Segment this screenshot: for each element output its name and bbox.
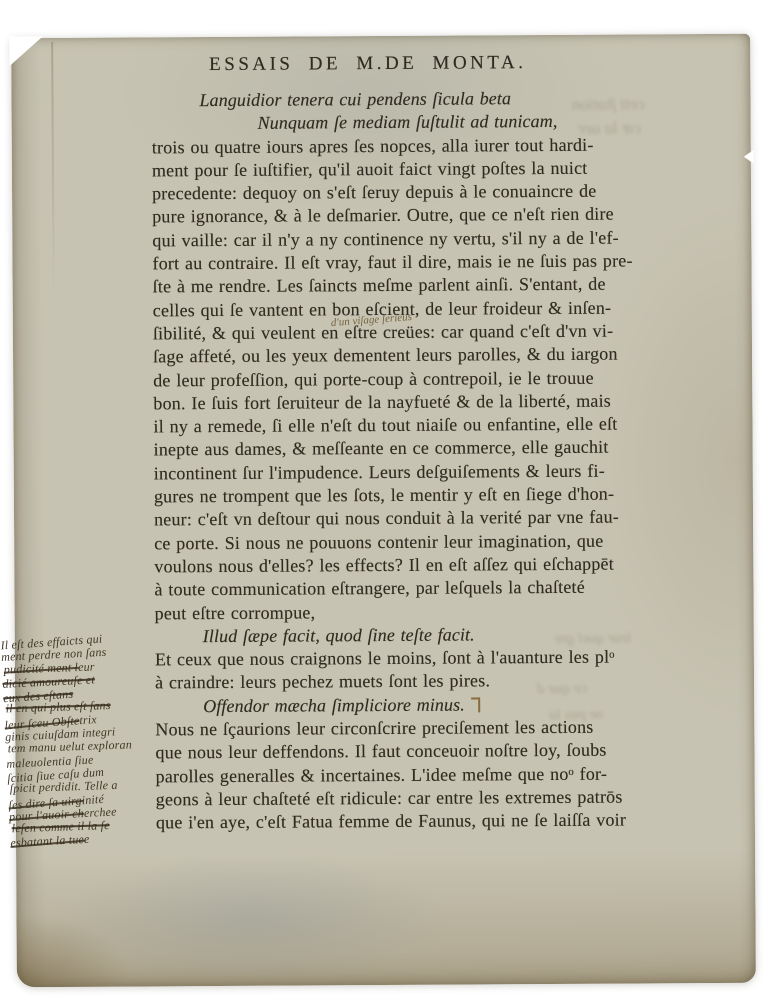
text-line: ſibilité, & qui veulent en eſtre creües:… [153, 319, 719, 346]
page-edge-notch [744, 150, 754, 164]
text-line: fort au contraire. Il eſt vray, faut il … [152, 249, 718, 276]
text-line: de leur profeſſion, qui porte-coup à con… [153, 366, 719, 393]
bleedthrough-fragment: cœ la uer [578, 118, 642, 139]
bleedthrough-fragment: cett ſtation [571, 94, 644, 115]
latin-quote: Offendor mæcha ſimpliciore minus. [203, 692, 721, 718]
text-line: ſage affeté, ou les yeux dementent leurs… [153, 342, 719, 369]
text-line: que i'en aye, c'eſt Fatua femme de Faunu… [156, 808, 722, 835]
text-line: il ny a remede, ſi elle n'eſt du tout ni… [153, 412, 719, 439]
text-line: neur: c'eſt vn deſtour qui nous conduit … [154, 505, 720, 532]
text-line: geons à leur chaſteté eſt ridicule: car … [156, 785, 722, 812]
text-line: parolles generalles & incertaines. L'ide… [156, 762, 722, 789]
latin-quote-text: Offendor mæcha ſimpliciore minus. [203, 694, 465, 716]
bleedthrough-fragment: ce que d [537, 681, 587, 699]
book-page: ESSAIS DE M.DE MONTA. Languidior tenera … [11, 34, 756, 987]
page-crease [51, 42, 55, 302]
insertion-mark [471, 697, 480, 712]
text-line: pure ignorance, & à le deſmarier. Outre,… [152, 202, 718, 229]
text-line: à toute communication eſtrangere, par le… [154, 575, 720, 602]
text-line: precedente: dequoy on s'eſt ſeruy depuis… [152, 179, 718, 206]
latin-quote: Illud ſæpe facit, quod ſine teſte facit. [203, 622, 721, 648]
text-line: à craindre: leurs pechez muets ſont les … [155, 668, 721, 695]
text-line: inepte aus dames, & meſſeante en ce comm… [154, 435, 720, 462]
text-line: peut eſtre corrompue, [155, 598, 721, 625]
bleedthrough-fragment: ne pas la [549, 706, 603, 724]
text-line: ce porte. Si nous ne pouuons contenir le… [154, 529, 720, 556]
text-line: celles qui ſe vantent en bon eſcient, de… [153, 296, 719, 323]
text-line: Et ceux que nous craignons le moins, ſon… [155, 645, 721, 672]
text-line: qui vaille: car il n'y a ny continence n… [152, 226, 718, 253]
text-line: Nous ne ſçaurions leur circonſcrire prec… [155, 715, 721, 742]
text-line: gures ne trompent que les ſots, le menti… [154, 482, 720, 509]
text-line: bon. Ie ſuis fort ſeruiteur de la nayfue… [153, 389, 719, 416]
text-line: ſte à me rendre. Les ſaincts meſme parle… [153, 272, 719, 299]
bleedthrough-fragment: leur quel gre [555, 630, 632, 648]
epigraph-line: Nunquam ſe mediam ſuſtulit ad tunicam, [258, 109, 718, 135]
text-column: Languidior tenera cui pendens ſicula bet… [151, 86, 722, 835]
screenshot-root: { "colors": { "background": "#ffffff", "… [0, 0, 768, 999]
text-line: incontinent ſur l'impudence. Leurs deſgu… [154, 459, 720, 486]
marginalia-block: Il eſt des effaicts qui ment perdre non … [0, 630, 172, 851]
text-line: ment pour ſe iuſtifier, qu'il auoit faic… [152, 156, 718, 183]
text-line: que nous leur deffendons. Il faut conceu… [155, 738, 721, 765]
running-header: ESSAIS DE M.DE MONTA. [11, 51, 724, 77]
text-line: voulons nous d'elles? les effects? Il en… [154, 552, 720, 579]
